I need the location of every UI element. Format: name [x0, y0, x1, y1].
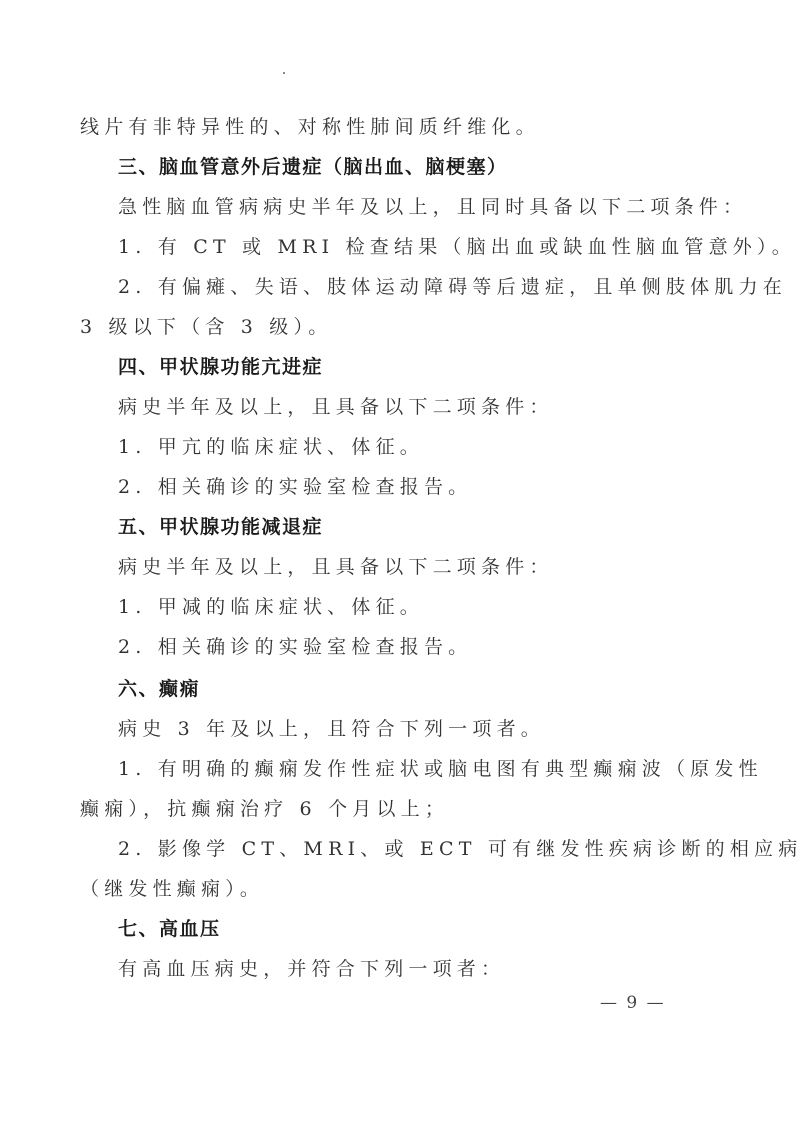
paragraph: 病史半年及以上，且具备以下二项条件： [118, 555, 554, 579]
paragraph-continuation: 线片有非特异性的、对称性肺间质纤维化。 [80, 115, 540, 139]
list-item-1: 1. 有明确的癫痫发作性症状或脑电图有典型癫痫波（原发性 [118, 757, 763, 781]
scan-speck [283, 72, 285, 74]
list-item-2: 2. 相关确诊的实验室检查报告。 [118, 635, 472, 659]
list-item-2: 2. 有偏瘫、失语、肢体运动障碍等后遗症，且单侧肢体肌力在 [118, 275, 787, 299]
section-heading-7: 七、高血压 [118, 917, 221, 941]
list-item-1: 1. 有 CT 或 MRI 检查结果（脑出血或缺血性脑血管意外）。 [118, 235, 796, 259]
paragraph: 有高血压病史，并符合下列一项者： [118, 957, 505, 981]
list-item-1-continuation: 癫痫），抗癫痫治疗 6 个月以上； [80, 797, 449, 821]
list-item-2: 2. 相关确诊的实验室检查报告。 [118, 475, 472, 499]
list-item-2: 2. 影像学 CT、MRI、或 ECT 可有继发性疾病诊断的相应病灶 [118, 837, 800, 861]
list-item-1: 1. 甲亢的临床症状、体征。 [118, 435, 424, 459]
paragraph: 病史 3 年及以上，且符合下列一项者。 [118, 717, 545, 741]
section-heading-6: 六、癫痫 [118, 677, 200, 701]
paragraph: 病史半年及以上，且具备以下二项条件： [118, 395, 554, 419]
page-number: — 9 — [600, 993, 666, 1013]
section-heading-5: 五、甲状腺功能减退症 [118, 515, 323, 539]
section-heading-3: 三、脑血管意外后遗症（脑出血、脑梗塞） [118, 155, 508, 179]
paragraph: 急性脑血管病病史半年及以上，且同时具备以下二项条件： [118, 195, 747, 219]
list-item-1: 1. 甲减的临床症状、体征。 [118, 595, 424, 619]
list-item-2-continuation: （继发性癫痫）。 [80, 877, 264, 901]
section-heading-4: 四、甲状腺功能亢进症 [118, 355, 323, 379]
document-page: 线片有非特异性的、对称性肺间质纤维化。 三、脑血管意外后遗症（脑出血、脑梗塞） … [0, 0, 800, 1130]
list-item-2-continuation: 3 级以下（含 3 级）。 [80, 315, 332, 339]
